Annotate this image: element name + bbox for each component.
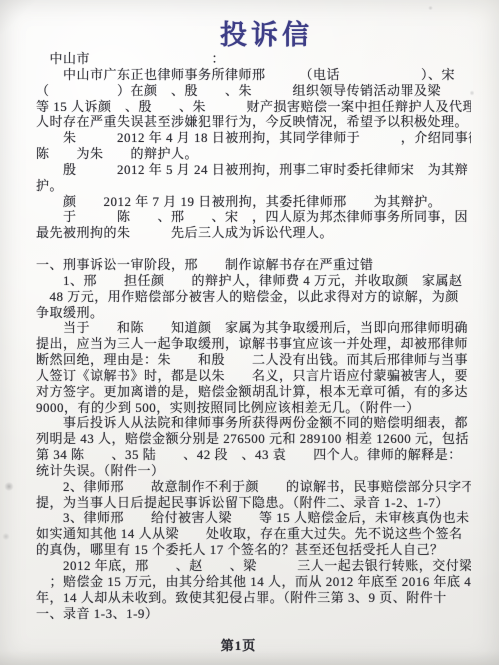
text-line: 一、刑事诉讼一审阶段，邢 制作谅解书存在严重过错: [36, 257, 471, 273]
document-title: 投诉信: [17, 13, 499, 52]
scan-artifact: [428, 6, 433, 10]
text-line: 提出，应当为三人一起争取缓刑，谅解书事宜应该一并处理，却被邢律师: [36, 336, 471, 352]
text-line: 断然回绝，理由是：朱 和殷 二人没有出钱。而其后邢律师与当事: [36, 352, 471, 368]
text-line: 列明是 43 人，赔偿金额分别是 276500 元和 289100 相差 126…: [36, 431, 471, 447]
text-line: 48 万元，用作赔偿部分被害人的赔偿金，以此求得对方的谅解，为颜: [36, 289, 471, 305]
text-line: 朱 2012 年 4 月 18 日被刑拘，其同学律师于 ，介绍同事律师: [36, 130, 471, 146]
text-line: [36, 241, 471, 257]
text-line: 如实通知其他 14 人从梁 处收取，存在重大过失。先不说这些个签名: [36, 526, 471, 542]
text-line: 年，14 人却从未收到。致使其犯侵占罪。（附件三第 3、9 页、附件十: [36, 590, 471, 606]
text-line: ；赔偿金 15 万元，由其分给其他 14 人，而从 2012 年底至 2016 …: [36, 574, 471, 590]
text-line: 护。: [36, 178, 471, 194]
document-body: 中山市 ： 中山市广东正也律师事务所律师邢 （电话 ）、宋（ ）在颜 、殷 、朱…: [36, 51, 471, 621]
text-line: 第 34 陈 、35 陆 、42 段 、43 袁 四个人。律师的解释是：: [36, 447, 471, 463]
text-line: 3、律师邢 给付被害人梁 等 15 人赔偿金后，未审核真伪也未: [36, 510, 471, 526]
text-line: 中山市 ：: [36, 51, 471, 67]
text-line: 1、邢 担任颜 的辩护人，律师费 4 万元，并收取颜 家属赵: [36, 273, 471, 289]
text-line: 事后投诉人从法院和律师事务所获得两份金额不同的赔偿明细表，都: [36, 415, 471, 431]
text-line: 9000，有的少到 500，实则按照同比例应该相差无几。（附件一）: [36, 400, 471, 416]
scan-artifact: [2, 533, 10, 540]
text-line: 等 15 人诉颜 、殷 、朱 财产损害赔偿一案中担任辩护人及代理: [36, 99, 471, 115]
scanned-complaint-letter: { "document": { "title": "投诉信", "footer"…: [0, 0, 499, 665]
text-line: 争取缓刑。: [36, 305, 471, 321]
text-line: 对方签字。更加离谱的是，赔偿金额胡乱计算，根本无章可循，有的多达: [36, 384, 471, 400]
text-line: 最先被刑拘的朱 先后三人成为诉讼代理人。: [36, 225, 471, 241]
text-line: 殷 2012 年 5 月 24 日被刑拘，刑事二审时委托律师宋 为其辩: [36, 162, 471, 178]
text-line: 提，为当事人日后提起民事诉讼留下隐患。（附件二、录音 1-2、1-7）: [36, 495, 471, 511]
scan-artifact: [4, 482, 14, 491]
text-line: 2、律师邢 故意制作不利于颜 的谅解书，民事赔偿部分只字不: [36, 479, 471, 495]
text-line: 当于 和陈 知道颜 家属为其争取缓刑后，当即向邢律师明确: [36, 320, 471, 336]
scan-background: 投诉信 中山市 ： 中山市广东正也律师事务所律师邢 （电话 ）、宋（ ）在颜 、…: [0, 0, 499, 665]
text-line: 中山市广东正也律师事务所律师邢 （电话 ）、宋: [36, 67, 471, 83]
text-line: 统计失误。（附件一）: [36, 463, 471, 479]
text-line: 的真伪，哪里有 15 个委托人 17 个签名的？甚至还包括受托人自己？: [36, 542, 471, 558]
text-line: 于 陈 、邢 、宋 ，四人原为邦杰律师事务所同事，因: [36, 209, 471, 225]
text-line: 人签订《谅解书》时，都是以朱 名义，只言片语应付蒙骗被害人，要: [36, 368, 471, 384]
text-line: 陈 为朱 的辩护人。: [36, 146, 471, 162]
text-line: 颜 2012 年 7 月 19 日被刑拘，其委托律师邢 为其辩护。: [36, 194, 471, 210]
text-line: 人时存在严重失误甚至涉嫌犯罪行为，今反映情况，希望予以积极处理。: [36, 114, 471, 130]
page-number: 第1页: [0, 635, 488, 654]
text-line: 2012 年底，邢 、赵 、梁 三人一起去银行转账，交付梁: [36, 558, 471, 574]
text-line: 一、录音 1-3、1-9）: [36, 606, 471, 622]
text-line: （ ）在颜 、殷 、朱 组织领导传销活动罪及梁: [36, 83, 471, 99]
